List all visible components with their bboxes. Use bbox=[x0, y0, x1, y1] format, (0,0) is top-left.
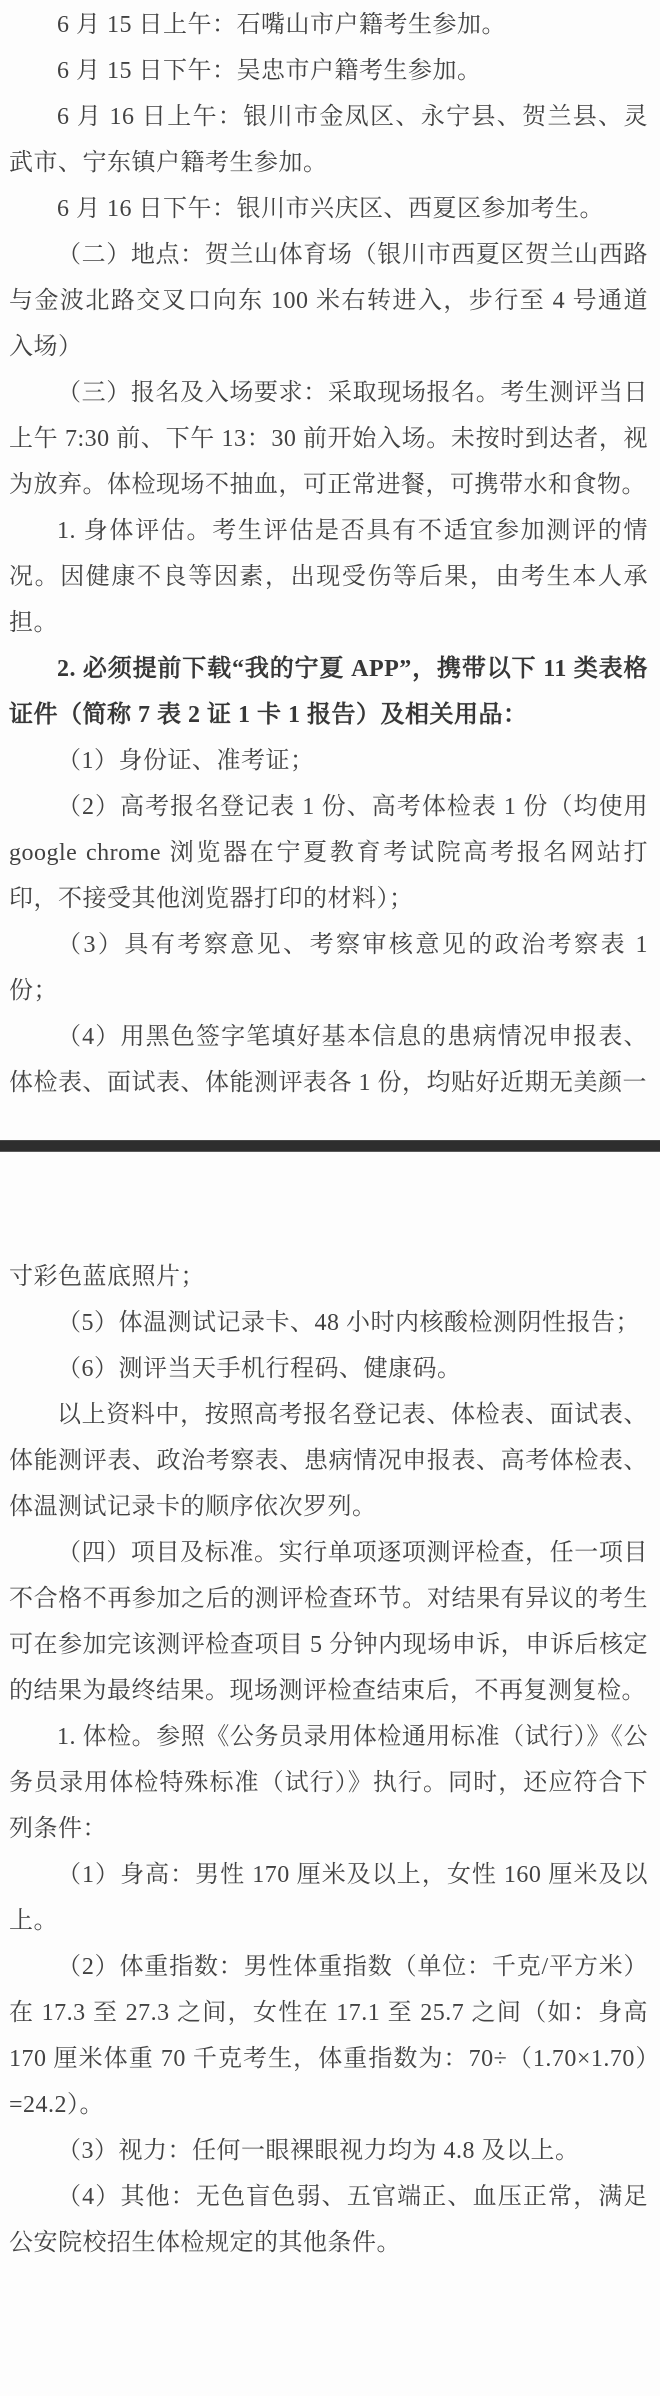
paragraph-location: （二）地点：贺兰山体育场（银川市西夏区贺兰山西路与金波北路交叉口向东 100 米… bbox=[9, 232, 648, 370]
paragraph-health-assessment: 1. 身体评估。考生评估是否具有不适宜参加测评的情况。因健康不良等因素，出现受伤… bbox=[9, 508, 648, 646]
document-page-2: 寸彩色蓝底照片； （5）体温测试记录卡、48 小时内核酸检测阴性报告； （6）测… bbox=[0, 1152, 660, 2396]
paragraph-bmi-requirement: （2）体重指数：男性体重指数（单位：千克/平方米）在 17.3 至 27.3 之… bbox=[9, 1944, 648, 2128]
scanned-document: 6 月 15 日上午：石嘴山市户籍考生参加。 6 月 15 日下午：吴忠市户籍考… bbox=[0, 0, 660, 2396]
paragraph-item-6: （6）测评当天手机行程码、健康码。 bbox=[9, 1346, 648, 1392]
paragraph-vision-requirement: （3）视力：任何一眼裸眼视力均为 4.8 及以上。 bbox=[9, 2128, 648, 2174]
paragraph-schedule-jun15-am: 6 月 15 日上午：石嘴山市户籍考生参加。 bbox=[9, 2, 648, 48]
paragraph-item-2: （2）高考报名登记表 1 份、高考体检表 1 份（均使用 google chro… bbox=[9, 784, 648, 922]
paragraph-item-4: （4）用黑色签字笔填好基本信息的患病情况申报表、体检表、面试表、体能测评表各 1… bbox=[9, 1014, 648, 1106]
paragraph-schedule-jun16-am: 6 月 16 日上午：银川市金凤区、永宁县、贺兰县、灵武市、宁东镇户籍考生参加。 bbox=[9, 94, 648, 186]
paragraph-items-and-standards: （四）项目及标准。实行单项逐项测评检查，任一项目不合格不再参加之后的测评检查环节… bbox=[9, 1530, 648, 1714]
paragraph-height-requirement: （1）身高：男性 170 厘米及以上，女性 160 厘米及以上。 bbox=[9, 1852, 648, 1944]
paragraph-item-1: （1）身份证、准考证； bbox=[9, 738, 648, 784]
paragraph-required-documents-heading: 2. 必须提前下载“我的宁夏 APP”，携带以下 11 类表格证件（简称 7 表… bbox=[9, 646, 648, 738]
paragraph-entry-requirements: （三）报名及入场要求：采取现场报名。考生测评当日上午 7:30 前、下午 13：… bbox=[9, 370, 648, 508]
paragraph-schedule-jun15-pm: 6 月 15 日下午：吴忠市户籍考生参加。 bbox=[9, 48, 648, 94]
page-divider-bar bbox=[0, 1140, 660, 1152]
paragraph-item-3: （3）具有考察意见、考察审核意见的政治考察表 1 份； bbox=[9, 922, 648, 1014]
paragraph-schedule-jun16-pm: 6 月 16 日下午：银川市兴庆区、西夏区参加考生。 bbox=[9, 186, 648, 232]
paragraph-item-4-continued: 寸彩色蓝底照片； bbox=[9, 1254, 648, 1300]
paragraph-physical-exam: 1. 体检。参照《公务员录用体检通用标准（试行）》《公务员录用体检特殊标准（试行… bbox=[9, 1714, 648, 1852]
document-page-1: 6 月 15 日上午：石嘴山市户籍考生参加。 6 月 15 日下午：吴忠市户籍考… bbox=[0, 0, 660, 1140]
paragraph-item-5: （5）体温测试记录卡、48 小时内核酸检测阴性报告； bbox=[9, 1300, 648, 1346]
paragraph-document-order: 以上资料中，按照高考报名登记表、体检表、面试表、体能测评表、政治考察表、患病情况… bbox=[9, 1392, 648, 1530]
paragraph-other-requirements: （4）其他：无色盲色弱、五官端正、血压正常，满足公安院校招生体检规定的其他条件。 bbox=[9, 2174, 648, 2266]
